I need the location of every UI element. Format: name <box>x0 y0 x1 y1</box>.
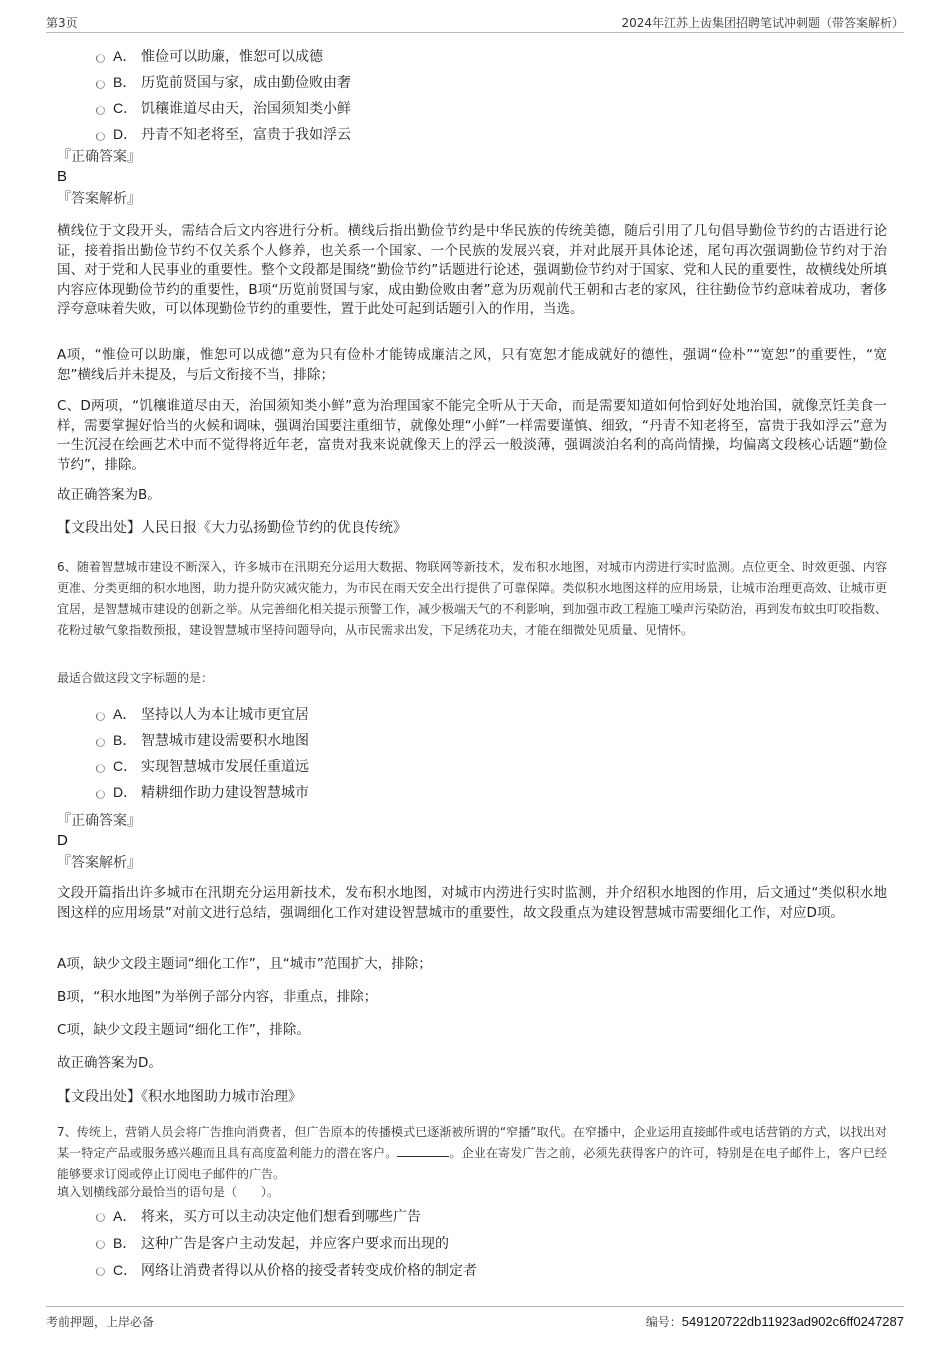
q7-option-a[interactable]: A． 将来，买方可以主动决定他们想看到哪些广告 <box>96 1202 477 1229</box>
q6-analysis-p5: 故正确答案为D。 <box>57 1054 887 1074</box>
q5-answer-section: 『正确答案』 B 『答案解析』 <box>57 147 887 209</box>
q6-option-c[interactable]: C． 实现智慧城市发展任重道远 <box>96 753 309 779</box>
footer-slogan: 考前押题，上岸必备 <box>46 1313 154 1330</box>
correct-answer-label: 『正确答案』 <box>57 811 887 831</box>
fill-blank <box>397 1144 449 1157</box>
correct-answer-label: 『正确答案』 <box>57 147 887 167</box>
radio-icon[interactable] <box>96 738 105 747</box>
q7-prompt: 填入划横线部分最恰当的语句是（ ）。 <box>57 1182 887 1203</box>
q6-options: A． 坚持以人为本让城市更宜居 B． 智慧城市建设需要积水地图 C． 实现智慧城… <box>96 701 309 805</box>
radio-icon[interactable] <box>96 790 105 799</box>
radio-icon[interactable] <box>96 764 105 773</box>
q7-option-b[interactable]: B． 这种广告是客户主动发起，并应客户要求而出现的 <box>96 1229 477 1256</box>
q5-options: A． 惟俭可以助廉，惟恕可以成德 B． 历览前贤国与家，成由勤俭败由奢 C． 饥… <box>96 43 351 147</box>
analysis-label: 『答案解析』 <box>57 189 887 209</box>
radio-icon[interactable] <box>96 54 105 63</box>
q5-analysis-p4: 故正确答案为B。 <box>57 486 887 506</box>
radio-icon[interactable] <box>96 1240 105 1249</box>
q7-option-c[interactable]: C． 网络让消费者得以从价格的接受者转变成价格的制定者 <box>96 1256 477 1283</box>
q6-prompt: 最适合做这段文字标题的是： <box>57 668 887 689</box>
q5-analysis-p3: C、D两项，“饥穰谁道尽由天，治国须知类小鲜”意为治理国家不能完全听从于天命，而… <box>57 397 887 475</box>
q6-analysis-p1: 文段开篇指出许多城市在汛期充分运用新技术，发布积水地图，对城市内涝进行实时监测，… <box>57 884 887 923</box>
q6-option-b[interactable]: B． 智慧城市建设需要积水地图 <box>96 727 309 753</box>
page-header: 第3页 2024年江苏上齿集团招聘笔试冲刺题（带答案解析） <box>46 14 904 33</box>
q6-source: 【文段出处】《积水地图助力城市治理》 <box>57 1087 887 1107</box>
analysis-label: 『答案解析』 <box>57 853 887 873</box>
q6-stem: 6、随着智慧城市建设不断深入，许多城市在汛期充分运用大数据、物联网等新技术，发布… <box>57 557 887 641</box>
radio-icon[interactable] <box>96 132 105 141</box>
correct-answer: B <box>57 167 887 187</box>
q6-option-d[interactable]: D． 精耕细作助力建设智慧城市 <box>96 779 309 805</box>
document-code: 编号：549120722db11923ad902c6ff0247287 <box>646 1313 904 1330</box>
q7-stem: 7、传统上，营销人员会将广告推向消费者，但广告原本的传播模式已逐渐被所谓的“窄播… <box>57 1122 887 1185</box>
document-title: 2024年江苏上齿集团招聘笔试冲刺题（带答案解析） <box>621 14 904 31</box>
q5-source: 【文段出处】人民日报《大力弘扬勤俭节约的优良传统》 <box>57 518 887 538</box>
q7-options: A． 将来，买方可以主动决定他们想看到哪些广告 B． 这种广告是客户主动发起，并… <box>96 1202 477 1283</box>
page-footer: 考前押题，上岸必备 编号：549120722db11923ad902c6ff02… <box>46 1306 904 1333</box>
q6-answer-section: 『正确答案』 D 『答案解析』 <box>57 811 887 873</box>
q6-analysis-p3: B项，“积水地图”为举例子部分内容，非重点，排除； <box>57 988 887 1008</box>
q5-option-c[interactable]: C． 饥穰谁道尽由天，治国须知类小鲜 <box>96 95 351 121</box>
page-number: 第3页 <box>46 14 78 31</box>
radio-icon[interactable] <box>96 712 105 721</box>
q6-analysis-p2: A项，缺少文段主题词“细化工作”，且“城市”范围扩大，排除； <box>57 955 887 975</box>
radio-icon[interactable] <box>96 80 105 89</box>
radio-icon[interactable] <box>96 1213 105 1222</box>
q5-option-b[interactable]: B． 历览前贤国与家，成由勤俭败由奢 <box>96 69 351 95</box>
q5-analysis-p2: A项，“惟俭可以助廉，惟恕可以成德”意为只有俭朴才能铸成廉洁之风，只有宽恕才能成… <box>57 346 887 385</box>
correct-answer: D <box>57 831 887 851</box>
q5-option-a[interactable]: A． 惟俭可以助廉，惟恕可以成德 <box>96 43 351 69</box>
radio-icon[interactable] <box>96 1267 105 1276</box>
q5-option-d[interactable]: D． 丹青不知老将至，富贵于我如浮云 <box>96 121 351 147</box>
radio-icon[interactable] <box>96 106 105 115</box>
q6-analysis-p4: C项，缺少文段主题词“细化工作”，排除。 <box>57 1021 887 1041</box>
q6-option-a[interactable]: A． 坚持以人为本让城市更宜居 <box>96 701 309 727</box>
q5-analysis-p1: 横线位于文段开头，需结合后文内容进行分析。横线后指出勤俭节约是中华民族的传统美德… <box>57 222 887 320</box>
